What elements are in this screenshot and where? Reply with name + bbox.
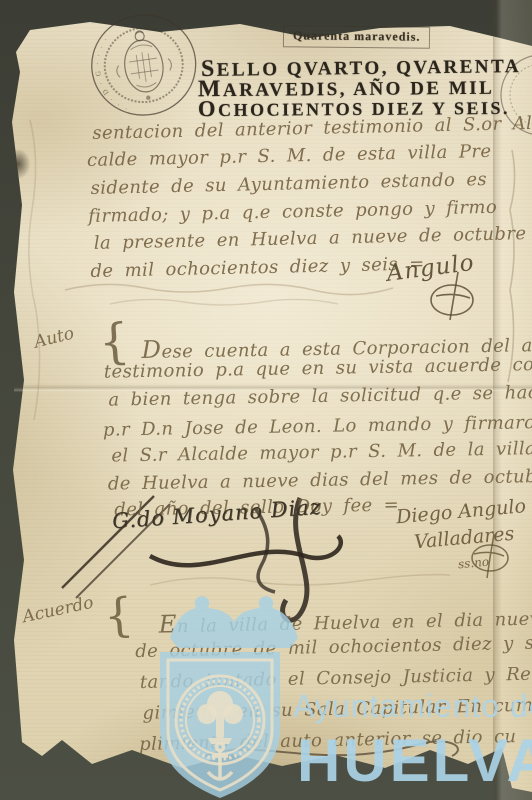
manuscript-line: sidente de su Ayuntamiento estando es bbox=[90, 169, 487, 199]
royal-seal-icon: · · · D · G · · · · bbox=[79, 2, 209, 127]
manuscript-line: la presente en Huelva a nueve de octubre bbox=[94, 223, 527, 254]
manuscript-line: firmado; y p.a q.e conste pongo y firmo bbox=[88, 197, 497, 227]
manuscript-line: de Huelva a nueve dias del mes de octubr… bbox=[108, 466, 532, 495]
royal-seal-stamp: · · · D · G · · · · bbox=[79, 2, 210, 131]
paragraph-1: sentacion del anterior testimonio al S.o… bbox=[86, 113, 532, 293]
manuscript-line: de mil ochocientos diez y seis = bbox=[90, 253, 425, 282]
manuscript-line: el S.r Alcalde mayor p.r S. M. de la vil… bbox=[111, 438, 532, 466]
paragraph-acuerdo: En la villa de Huelva en el dia nueve de… bbox=[126, 602, 532, 770]
manuscript-line: p.r D.n Jose de Leon. Lo mando y firmaro… bbox=[103, 412, 532, 441]
tax-value-box: Quarenta maravedis. bbox=[283, 25, 431, 49]
manuscript-line: a bien tenga sobre la solicitud q.e se h… bbox=[108, 382, 532, 411]
printed-heading-line-3: OCHOCIENTOS DIEZ Y SEIS. bbox=[198, 94, 510, 122]
tax-value-label: Quarenta maravedis. bbox=[293, 28, 421, 43]
manuscript-line: gimiento en su Sala Capitular En cum bbox=[142, 695, 532, 724]
manuscript-line: calde mayor p.r S. M. de esta villa Pre bbox=[87, 141, 492, 171]
scanned-document-photo: · · · D · G · · · · Quarenta maravedis. … bbox=[0, 0, 532, 800]
manuscript-line: plimiento del auto anterior se dio cu bbox=[139, 726, 517, 755]
manuscript-line: tando juntado el Consejo Justicia y Re bbox=[140, 664, 532, 693]
escribano-abbreviation: ss.no bbox=[457, 555, 489, 572]
